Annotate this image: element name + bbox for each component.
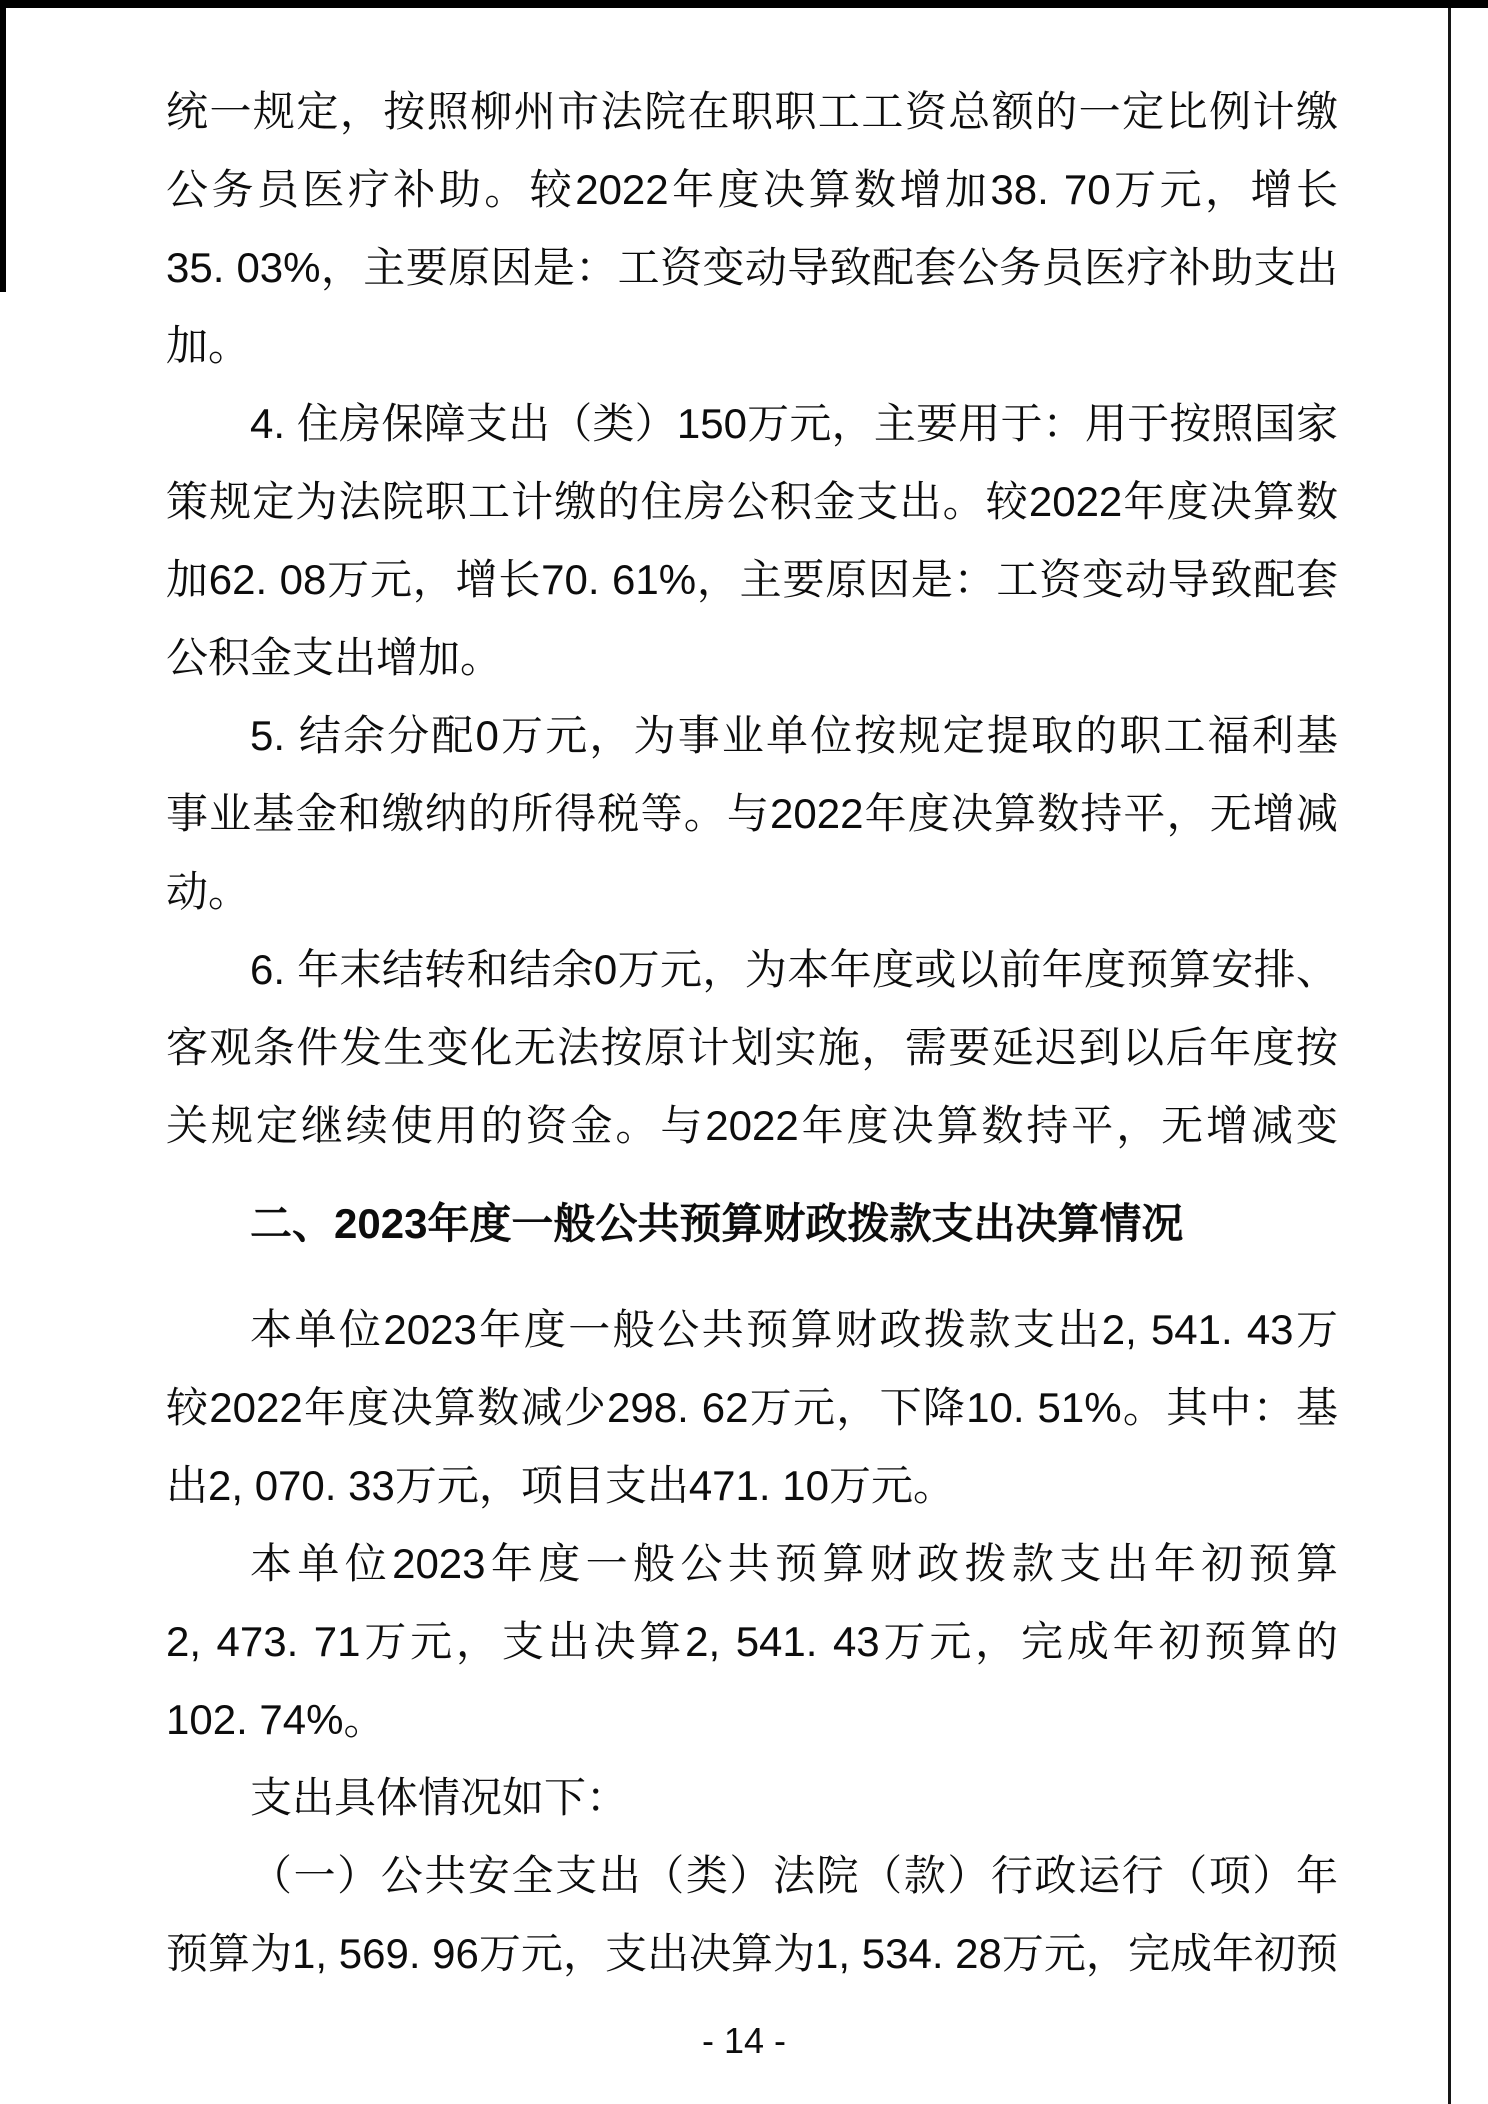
scan-artifact-left-bar: [0, 0, 6, 292]
scan-artifact-page-right-edge: [1448, 8, 1451, 2104]
text-line: 公务员医疗补助。较2022年度决算数增加38. 70万元，增长: [166, 151, 1338, 229]
scan-artifact-top-bar: [0, 0, 1488, 8]
text-line: 客观条件发生变化无法按原计划实施，需要延迟到以后年度按有: [166, 1009, 1338, 1087]
text-line: 预算为1, 569. 96万元，支出决算为1, 534. 28万元，完成年初预算: [166, 1915, 1338, 1993]
text-line: 本单位2023年度一般公共预算财政拨款支出2, 541. 43万元，: [166, 1291, 1338, 1369]
text-line: 统一规定，按照柳州市法院在职职工工资总额的一定比例计缴的: [166, 73, 1338, 151]
text-line: 事业基金和缴纳的所得税等。与2022年度决算数持平，无增减变: [166, 775, 1338, 853]
text-line: （一）公共安全支出（类）法院（款）行政运行（项）年初: [166, 1837, 1338, 1915]
text-line: 5. 结余分配0万元，为事业单位按规定提取的职工福利基金、: [166, 697, 1338, 775]
text-line: 支出具体情况如下：: [166, 1759, 1338, 1837]
document-text-block: 统一规定，按照柳州市法院在职职工工资总额的一定比例计缴的 公务员医疗补助。较20…: [166, 73, 1338, 1993]
section-heading: 二、2023年度一般公共预算财政拨款支出决算情况: [166, 1185, 1338, 1263]
text-line: 4. 住房保障支出（类）150万元，主要用于：用于按照国家政: [166, 385, 1338, 463]
text-line: 2, 473. 71万元，支出决算2, 541. 43万元，完成年初预算的: [166, 1603, 1338, 1681]
text-line: 本单位2023年度一般公共预算财政拨款支出年初预算: [166, 1525, 1338, 1603]
document-page: 统一规定，按照柳州市法院在职职工工资总额的一定比例计缴的 公务员医疗补助。较20…: [0, 0, 1488, 2104]
text-line: 关规定继续使用的资金。与2022年度决算数持平，无增减变动。: [166, 1087, 1338, 1165]
page-number: - 14 -: [0, 2002, 1488, 2080]
text-line: 策规定为法院职工计缴的住房公积金支出。较2022年度决算数增: [166, 463, 1338, 541]
text-line: 公积金支出增加。: [166, 619, 1338, 697]
text-line: 较2022年度决算数减少298. 62万元，下降10. 51%。其中：基本支: [166, 1369, 1338, 1447]
text-line: 102. 74%。: [166, 1681, 1338, 1759]
text-line: 35. 03%，主要原因是：工资变动导致配套公务员医疗补助支出增: [166, 229, 1338, 307]
text-line: 6. 年末结转和结余0万元，为本年度或以前年度预算安排、因: [166, 931, 1338, 1009]
text-line: 出2, 070. 33万元，项目支出471. 10万元。: [166, 1447, 1338, 1525]
text-line: 动。: [166, 853, 1338, 931]
text-line: 加62. 08万元，增长70. 61%，主要原因是：工资变动导致配套住房: [166, 541, 1338, 619]
text-line: 加。: [166, 307, 1338, 385]
